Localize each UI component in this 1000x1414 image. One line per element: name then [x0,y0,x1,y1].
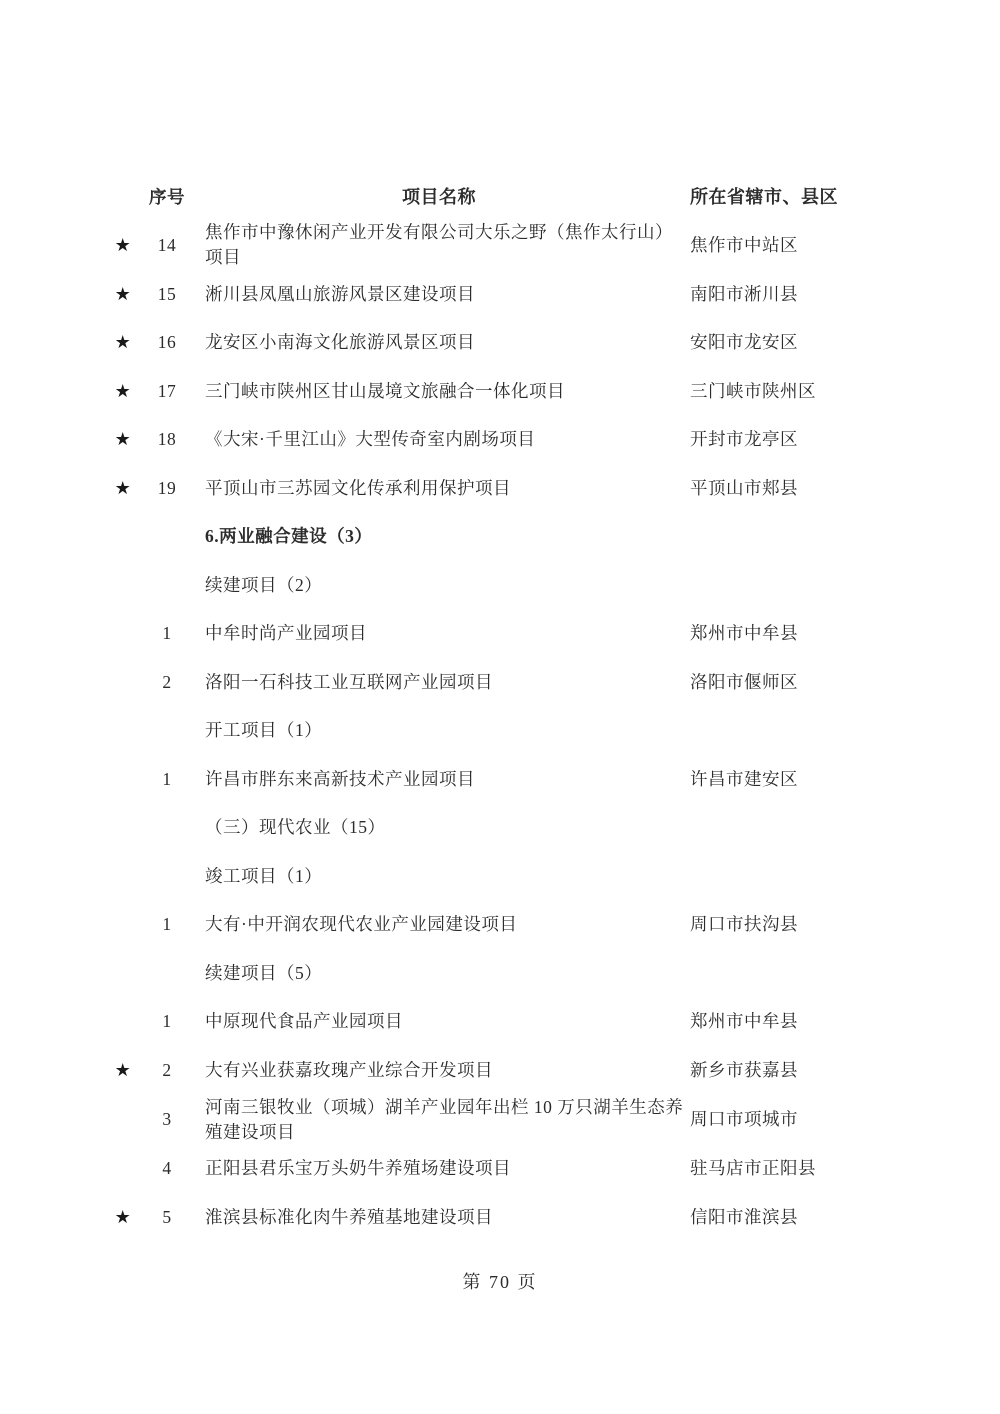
table-row: 2 洛阳一石科技工业互联网产业园项目 洛阳市偃师区 [105,658,905,707]
section-row: 开工项目（1） [105,707,905,756]
row-index: 16 [141,330,193,355]
project-table: 序号 项目名称 所在省辖市、县区 ★ 14 焦作市中豫休闲产业开发有限公司大乐之… [105,0,905,1242]
project-name: 《大宋·千里江山》大型传奇室内剧场项目 [193,427,685,452]
star-icon: ★ [105,330,141,355]
star-icon: ★ [105,233,141,258]
row-index: 15 [141,282,193,307]
row-index: 2 [141,1058,193,1083]
star-icon: ★ [105,1058,141,1083]
project-location: 周口市扶沟县 [685,912,905,937]
project-location: 洛阳市偃师区 [685,670,905,695]
table-row: ★ 2 大有兴业获嘉玫瑰产业综合开发项目 新乡市获嘉县 [105,1046,905,1095]
project-name: 平顶山市三苏园文化传承利用保护项目 [193,476,685,501]
project-name: 大有兴业获嘉玫瑰产业综合开发项目 [193,1058,685,1083]
project-table-body: ★ 14 焦作市中豫休闲产业开发有限公司大乐之野（焦作太行山）项目 焦作市中站区… [105,220,905,1242]
row-index: 1 [141,621,193,646]
header-project-name: 项目名称 [193,185,685,210]
row-index: 3 [141,1107,193,1132]
section-row: （三）现代农业（15） [105,804,905,853]
header-location: 所在省辖市、县区 [685,185,905,210]
section-row: 续建项目（5） [105,949,905,998]
project-name: 三门峡市陕州区甘山晟境文旅融合一体化项目 [193,379,685,404]
star-icon: ★ [105,379,141,404]
row-index: 5 [141,1205,193,1230]
table-row: ★ 18 《大宋·千里江山》大型传奇室内剧场项目 开封市龙亭区 [105,416,905,465]
project-name: 龙安区小南海文化旅游风景区项目 [193,330,685,355]
star-icon: ★ [105,476,141,501]
section-label: 续建项目（5） [193,961,905,986]
table-row: 1 许昌市胖东来高新技术产业园项目 许昌市建安区 [105,755,905,804]
section-label: 竣工项目（1） [193,864,905,889]
table-row: 1 大有·中开润农现代农业产业园建设项目 周口市扶沟县 [105,901,905,950]
page-number: 第 70 页 [0,1268,1000,1294]
project-name: 中牟时尚产业园项目 [193,621,685,646]
project-location: 信阳市淮滨县 [685,1205,905,1230]
project-name: 大有·中开润农现代农业产业园建设项目 [193,912,685,937]
table-row: ★ 19 平顶山市三苏园文化传承利用保护项目 平顶山市郏县 [105,464,905,513]
row-index: 4 [141,1156,193,1181]
project-location: 新乡市获嘉县 [685,1058,905,1083]
project-name: 淮滨县标准化肉牛养殖基地建设项目 [193,1205,685,1230]
row-index: 14 [141,233,193,258]
table-row: 4 正阳县君乐宝万头奶牛养殖场建设项目 驻马店市正阳县 [105,1145,905,1194]
project-location: 郑州市中牟县 [685,621,905,646]
section-label: （三）现代农业（15） [193,815,905,840]
section-label: 续建项目（2） [193,573,905,598]
project-name: 许昌市胖东来高新技术产业园项目 [193,767,685,792]
project-location: 安阳市龙安区 [685,330,905,355]
section-row: 6.两业融合建设（3） [105,513,905,562]
project-location: 周口市项城市 [685,1107,905,1132]
row-index: 1 [141,1009,193,1034]
star-icon: ★ [105,1205,141,1230]
star-icon: ★ [105,282,141,307]
project-name: 正阳县君乐宝万头奶牛养殖场建设项目 [193,1156,685,1181]
project-name: 洛阳一石科技工业互联网产业园项目 [193,670,685,695]
table-row: ★ 5 淮滨县标准化肉牛养殖基地建设项目 信阳市淮滨县 [105,1193,905,1242]
project-location: 焦作市中站区 [685,233,905,258]
row-index: 2 [141,670,193,695]
project-location: 平顶山市郏县 [685,476,905,501]
project-location: 郑州市中牟县 [685,1009,905,1034]
table-row: 1 中牟时尚产业园项目 郑州市中牟县 [105,610,905,659]
project-name: 焦作市中豫休闲产业开发有限公司大乐之野（焦作太行山）项目 [193,220,685,270]
table-row: ★ 15 淅川县凤凰山旅游风景区建设项目 南阳市淅川县 [105,270,905,319]
project-location: 开封市龙亭区 [685,427,905,452]
header-index: 序号 [141,185,193,210]
project-location: 驻马店市正阳县 [685,1156,905,1181]
row-index: 19 [141,476,193,501]
project-location: 南阳市淅川县 [685,282,905,307]
row-index: 1 [141,767,193,792]
project-location: 三门峡市陕州区 [685,379,905,404]
section-row: 竣工项目（1） [105,852,905,901]
row-index: 17 [141,379,193,404]
table-row: 3 河南三银牧业（项城）湖羊产业园年出栏 10 万只湖羊生态养殖建设项目 周口市… [105,1095,905,1145]
project-location: 许昌市建安区 [685,767,905,792]
table-header-row: 序号 项目名称 所在省辖市、县区 [105,174,905,220]
project-name: 中原现代食品产业园项目 [193,1009,685,1034]
table-row: 1 中原现代食品产业园项目 郑州市中牟县 [105,998,905,1047]
section-label: 开工项目（1） [193,718,905,743]
section-row: 续建项目（2） [105,561,905,610]
document-page: 序号 项目名称 所在省辖市、县区 ★ 14 焦作市中豫休闲产业开发有限公司大乐之… [0,0,1000,1414]
table-row: ★ 17 三门峡市陕州区甘山晟境文旅融合一体化项目 三门峡市陕州区 [105,367,905,416]
table-row: ★ 14 焦作市中豫休闲产业开发有限公司大乐之野（焦作太行山）项目 焦作市中站区 [105,220,905,270]
row-index: 1 [141,912,193,937]
section-label: 6.两业融合建设（3） [193,524,905,549]
project-name: 河南三银牧业（项城）湖羊产业园年出栏 10 万只湖羊生态养殖建设项目 [193,1095,685,1145]
star-icon: ★ [105,427,141,452]
table-row: ★ 16 龙安区小南海文化旅游风景区项目 安阳市龙安区 [105,319,905,368]
row-index: 18 [141,427,193,452]
project-name: 淅川县凤凰山旅游风景区建设项目 [193,282,685,307]
